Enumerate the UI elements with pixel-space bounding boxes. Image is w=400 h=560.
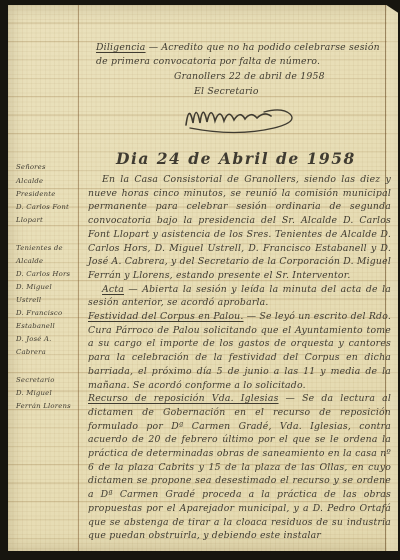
role-label: Alcalde Presidente — [16, 175, 78, 201]
corpus-text: — Se leyó un escrito del Rdo. Cura Párro… — [88, 311, 391, 391]
margin-group-secretario: Secretario D. Miguel Ferrán Llorens — [16, 374, 78, 413]
opening-paragraph: En la Casa Consistorial de Granollers, s… — [88, 173, 391, 283]
session-date-title: Dia 24 de Abril de 1958 — [116, 149, 356, 168]
diligencia-text: Diligencia — Acredito que no ha podido c… — [96, 41, 391, 69]
attendee-name: D. José A. Cabrera — [16, 333, 78, 359]
attendee-name: D. Carlos Hors — [16, 268, 78, 281]
margin-rule-line — [78, 5, 79, 551]
margin-group-tenientes: Tenientes de Alcalde D. Carlos Hors D. M… — [16, 242, 78, 359]
diligencia-note: Diligencia — Acredito que no ha podido c… — [96, 41, 391, 135]
margin-header: Señores — [16, 161, 78, 174]
attendee-name: D. Carlos Font Llopart — [16, 201, 78, 227]
acta-entry: Acta — Abierta la sesión y leída la minu… — [88, 283, 391, 310]
diligencia-heading: Diligencia — [96, 42, 146, 53]
attendee-name: D. Miguel Ferrán Llorens — [16, 387, 78, 413]
recurso-heading: Recurso de reposición Vda. Iglesias — [88, 393, 279, 404]
minutes-body: En la Casa Consistorial de Granollers, s… — [88, 173, 391, 543]
attendees-margin: Señores Alcalde Presidente D. Carlos Fon… — [16, 161, 78, 413]
margin-group-alcalde: Alcalde Presidente D. Carlos Font Llopar… — [16, 175, 78, 227]
role-label: Secretario — [16, 374, 78, 387]
scanned-minutes-page: Diligencia — Acredito que no ha podido c… — [0, 0, 400, 560]
recurso-text: — Se da lectura al dictamen de Gobernaci… — [88, 393, 391, 541]
corpus-heading: Festividad del Corpus en Palou. — [88, 311, 244, 322]
corpus-palou-entry: Festividad del Corpus en Palou. — Se ley… — [88, 310, 391, 392]
attendee-name: D. Miguel Ustrell — [16, 281, 78, 307]
ledger-paper: Diligencia — Acredito que no ha podido c… — [8, 5, 398, 551]
place-date-line: Granollers 22 de abril de 1958 — [174, 70, 391, 84]
acta-text: — Abierta la sesión y leída la minuta de… — [88, 284, 391, 309]
recurso-entry: Recurso de reposición Vda. Iglesias — Se… — [88, 392, 391, 543]
attendee-name: D. Francisco Estabanell — [16, 307, 78, 333]
role-label: Tenientes de Alcalde — [16, 242, 78, 268]
acta-heading: Acta — [102, 284, 124, 295]
secretary-signature-icon — [176, 95, 316, 135]
